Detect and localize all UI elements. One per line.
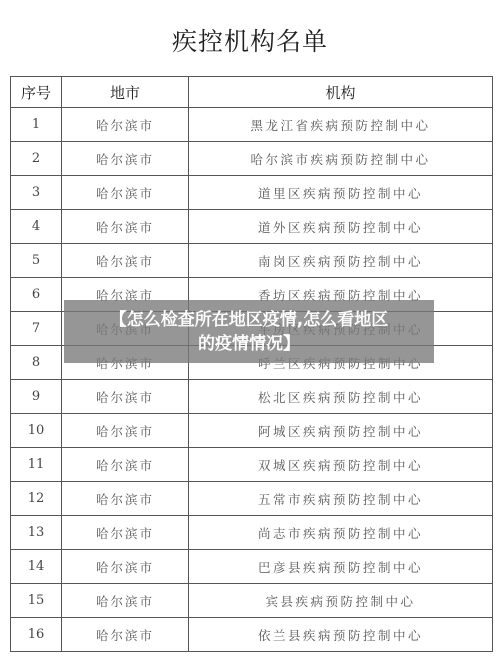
row-city: 哈尔滨市 <box>62 142 189 176</box>
row-city: 哈尔滨市 <box>62 516 189 550</box>
row-city: 哈尔滨市 <box>62 584 189 618</box>
row-institution: 依兰县疾病预防控制中心 <box>189 618 493 652</box>
table-row: 4哈尔滨市道外区疾病预防控制中心 <box>11 210 493 244</box>
row-institution: 巴彦县疾病预防控制中心 <box>189 550 493 584</box>
table-row: 2哈尔滨市哈尔滨市疾病预防控制中心 <box>11 142 493 176</box>
row-city: 哈尔滨市 <box>62 176 189 210</box>
row-institution: 尚志市疾病预防控制中心 <box>189 516 493 550</box>
row-index: 2 <box>11 142 62 176</box>
row-index: 6 <box>11 278 62 312</box>
row-index: 4 <box>11 210 62 244</box>
table-header-row: 序号 地市 机构 <box>11 77 493 108</box>
row-city: 哈尔滨市 <box>62 414 189 448</box>
row-index: 9 <box>11 380 62 414</box>
row-city: 哈尔滨市 <box>62 380 189 414</box>
row-city: 哈尔滨市 <box>62 108 189 142</box>
table-row: 10哈尔滨市阿城区疾病预防控制中心 <box>11 414 493 448</box>
row-index: 10 <box>11 414 62 448</box>
row-city: 哈尔滨市 <box>62 448 189 482</box>
header-institution: 机构 <box>189 77 493 108</box>
table-row: 3哈尔滨市道里区疾病预防控制中心 <box>11 176 493 210</box>
table-row: 11哈尔滨市双城区疾病预防控制中心 <box>11 448 493 482</box>
header-index: 序号 <box>11 77 62 108</box>
row-institution: 道外区疾病预防控制中心 <box>189 210 493 244</box>
row-institution: 宾县疾病预防控制中心 <box>189 584 493 618</box>
row-city: 哈尔滨市 <box>62 244 189 278</box>
row-city: 哈尔滨市 <box>62 482 189 516</box>
row-index: 13 <box>11 516 62 550</box>
row-city: 哈尔滨市 <box>62 210 189 244</box>
header-city: 地市 <box>62 77 189 108</box>
banner-line-1: 【怎么检查所在地区疫情,怎么看地区 <box>110 308 388 332</box>
table-row: 9哈尔滨市松北区疾病预防控制中心 <box>11 380 493 414</box>
document-title: 疾控机构名单 <box>0 22 500 58</box>
table-row: 14哈尔滨市巴彦县疾病预防控制中心 <box>11 550 493 584</box>
row-index: 11 <box>11 448 62 482</box>
table-row: 16哈尔滨市依兰县疾病预防控制中心 <box>11 618 493 652</box>
row-index: 8 <box>11 346 62 380</box>
row-index: 3 <box>11 176 62 210</box>
row-index: 1 <box>11 108 62 142</box>
table-body: 1哈尔滨市黑龙江省疾病预防控制中心2哈尔滨市哈尔滨市疾病预防控制中心3哈尔滨市道… <box>11 108 493 652</box>
row-institution: 双城区疾病预防控制中心 <box>189 448 493 482</box>
table-row: 13哈尔滨市尚志市疾病预防控制中心 <box>11 516 493 550</box>
row-institution: 黑龙江省疾病预防控制中心 <box>189 108 493 142</box>
row-index: 16 <box>11 618 62 652</box>
cdc-institution-table: 序号 地市 机构 1哈尔滨市黑龙江省疾病预防控制中心2哈尔滨市哈尔滨市疾病预防控… <box>10 76 493 652</box>
row-index: 7 <box>11 312 62 346</box>
row-institution: 阿城区疾病预防控制中心 <box>189 414 493 448</box>
table-row: 5哈尔滨市南岗区疾病预防控制中心 <box>11 244 493 278</box>
row-index: 5 <box>11 244 62 278</box>
row-institution: 五常市疾病预防控制中心 <box>189 482 493 516</box>
table-row: 1哈尔滨市黑龙江省疾病预防控制中心 <box>11 108 493 142</box>
row-index: 14 <box>11 550 62 584</box>
row-city: 哈尔滨市 <box>62 618 189 652</box>
row-index: 15 <box>11 584 62 618</box>
row-city: 哈尔滨市 <box>62 550 189 584</box>
banner-line-2: 的疫情情况】 <box>198 332 300 356</box>
title-overlay-banner: 【怎么检查所在地区疫情,怎么看地区 的疫情情况】 <box>64 300 434 363</box>
row-institution: 哈尔滨市疾病预防控制中心 <box>189 142 493 176</box>
row-institution: 松北区疾病预防控制中心 <box>189 380 493 414</box>
table-row: 12哈尔滨市五常市疾病预防控制中心 <box>11 482 493 516</box>
row-institution: 南岗区疾病预防控制中心 <box>189 244 493 278</box>
row-index: 12 <box>11 482 62 516</box>
table-row: 15哈尔滨市宾县疾病预防控制中心 <box>11 584 493 618</box>
row-institution: 道里区疾病预防控制中心 <box>189 176 493 210</box>
